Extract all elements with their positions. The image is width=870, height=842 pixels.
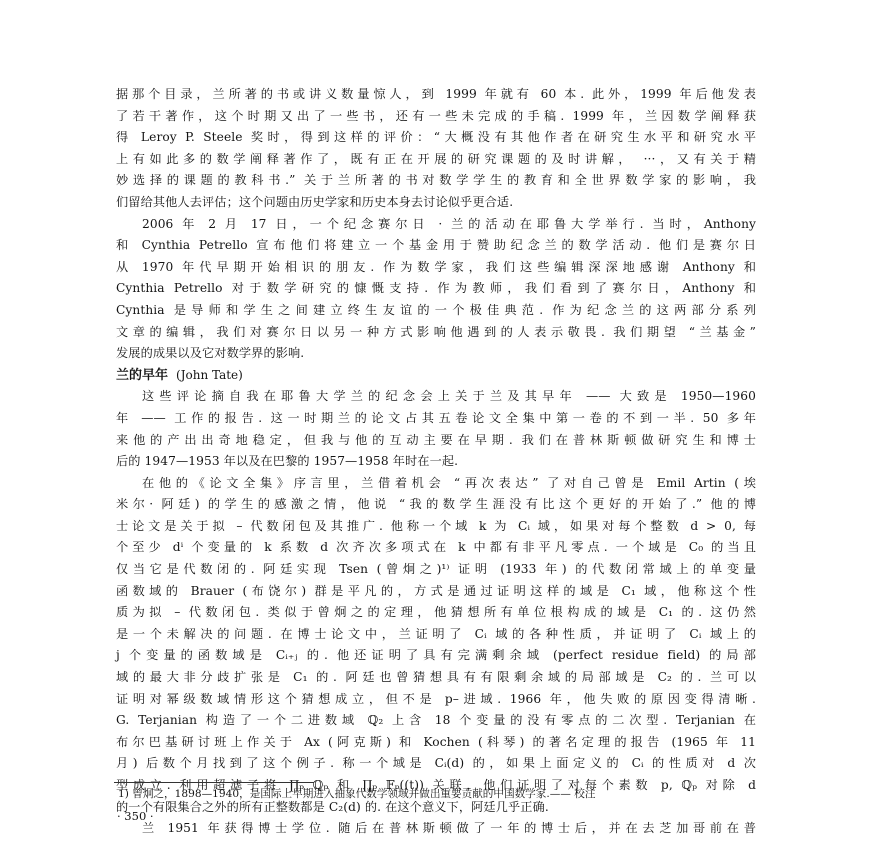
text-line: 妙选择的课题的教科书.” 关于兰所著的书对数学学生的教育和全世界数学家的影响，我 bbox=[116, 170, 756, 192]
section-heading: 兰的早年(John Tate) bbox=[116, 365, 756, 387]
text-line: 个至少 dⁱ 个变量的 k 系数 d 次齐次多项式在 k 中都有非平凡零点. 一… bbox=[116, 537, 756, 559]
text-line: 域的最大非分歧扩张是 C₁ 的. 阿廷也曾猜想具有有限剩余域的局部域是 C₂ 的… bbox=[116, 667, 756, 689]
section-title: 兰的早年 bbox=[116, 368, 168, 383]
text-line: Cynthia 是导师和学生之间建立终生友谊的一个极佳典范. 作为纪念兰的这两部… bbox=[116, 300, 756, 322]
text-line: 从 1970 年代早期开始相识的朋友. 作为数学家，我们这些编辑深深地感谢 An… bbox=[116, 257, 756, 279]
text-line: 士论文是关于拟 – 代数闭包及其推广. 他称一个域 k 为 Cᵢ 域，如果对每个… bbox=[116, 516, 756, 538]
text-line: j 个变量的函数域是 Cᵢ₊ⱼ 的. 他还证明了具有完满剩余域 (perfect… bbox=[116, 645, 756, 667]
paragraph-2: 2006 年 2 月 17 日，一个纪念赛尔日 · 兰的活动在耶鲁大学举行. 当… bbox=[116, 214, 756, 365]
text-line: 布尔巴基研讨班上作关于 Ax (阿克斯) 和 Kochen (科琴) 的著名定理… bbox=[116, 732, 756, 754]
text-line: 后的 1947—1953 年以及在巴黎的 1957—1958 年时在一起. bbox=[116, 451, 756, 473]
text-line: 和 Cynthia Petrello 宣布他们将建立一个基金用于赞助纪念兰的数学… bbox=[116, 235, 756, 257]
text-line: 这些评论摘自我在耶鲁大学兰的纪念会上关于兰及其早年 —— 大致是 1950—19… bbox=[116, 386, 756, 408]
text-line: G. Terjanian 构造了一个二进数域 ℚ₂ 上含 18 个变量的没有零点… bbox=[116, 710, 756, 732]
text-line: 文章的编辑，我们对赛尔日以另一种方式影响他遇到的人表示敬畏. 我们期望 “兰基金… bbox=[116, 322, 756, 344]
text-line: 仅当它是代数闭的. 阿廷实现 Tsen (曾炯之)¹⁾ 证明 (1933 年) … bbox=[116, 559, 756, 581]
text-line: 米尔· 阿廷) 的学生的感激之情，他说 “我的数学生涯没有比这个更好的开始了.”… bbox=[116, 494, 756, 516]
text-line: 了若干著作，这个时期又出了一些书，还有一些未完成的手稿. 1999 年，兰因数学… bbox=[116, 106, 756, 128]
text-line: 2006 年 2 月 17 日，一个纪念赛尔日 · 兰的活动在耶鲁大学举行. 当… bbox=[116, 214, 756, 236]
page-number: · 350 · bbox=[117, 808, 154, 824]
text-line: 质为拟 – 代数闭包. 类似于曾炯之的定理，他猜想所有单位根构成的域是 C₁ 的… bbox=[116, 602, 756, 624]
text-line: 证明对幂级数域情形这个猜想成立，但不是 p–进域. 1966 年，他失败的原因变… bbox=[116, 689, 756, 711]
text-line: 月) 后数个月找到了这个例子. 称一个域是 Cᵢ(d) 的，如果上面定义的 Cᵢ… bbox=[116, 753, 756, 775]
page-body: 据那个目录，兰所著的书或讲义数量惊人，到 1999 年就有 60 本. 此外，1… bbox=[116, 84, 756, 840]
text-line: 上有如此多的数学阐释著作了，既有正在开展的研究课题的及时讲解， ···，又有关于… bbox=[116, 149, 756, 171]
section-author: (John Tate) bbox=[176, 368, 243, 382]
paragraph-5: 兰 1951 年获得博士学位. 随后在普林斯顿做了一年的博士后，并在去芝加哥前在… bbox=[116, 818, 756, 840]
text-line: 兰 1951 年获得博士学位. 随后在普林斯顿做了一年的博士后，并在去芝加哥前在… bbox=[116, 818, 756, 840]
text-line: 在他的《论文全集》序言里，兰借着机会 “再次表达” 了对自己曾是 Emil Ar… bbox=[116, 473, 756, 495]
text-line: 函数域的 Brauer (布饶尔) 群是平凡的，方式是通过证明这样的域是 C₁ … bbox=[116, 581, 756, 603]
text-line: 年 —— 工作的报告. 这一时期兰的论文占其五卷论文全集中第一卷的不到一半. 5… bbox=[116, 408, 756, 430]
text-line: 来他的产出出奇地稳定，但我与他的互动主要在早期. 我们在普林斯顿做研究生和博士 bbox=[116, 430, 756, 452]
footnote: 1) 曾炯之，1898—1940，是国际上早期进入抽象代数学领域并做出重要贡献的… bbox=[118, 786, 758, 802]
text-line: 是一个未解决的问题. 在博士论文中，兰证明了 Cᵢ 域的各种性质，并证明了 Cᵢ… bbox=[116, 624, 756, 646]
text-line: 们留给其他人去评估；这个问题由历史学家和历史本身去讨论似乎更合适. bbox=[116, 192, 756, 214]
text-line: 发展的成果以及它对数学界的影响. bbox=[116, 343, 756, 365]
paragraph-1: 据那个目录，兰所著的书或讲义数量惊人，到 1999 年就有 60 本. 此外，1… bbox=[116, 84, 756, 214]
text-line: 据那个目录，兰所著的书或讲义数量惊人，到 1999 年就有 60 本. 此外，1… bbox=[116, 84, 756, 106]
text-line: Cynthia Petrello 对于数学研究的慷慨支持. 作为教师，我们看到了… bbox=[116, 278, 756, 300]
paragraph-4: 在他的《论文全集》序言里，兰借着机会 “再次表达” 了对自己曾是 Emil Ar… bbox=[116, 473, 756, 819]
paragraph-3: 这些评论摘自我在耶鲁大学兰的纪念会上关于兰及其早年 —— 大致是 1950—19… bbox=[116, 386, 756, 472]
text-line: 得 Leroy P. Steele 奖时，得到这样的评价：“大概没有其他作者在研… bbox=[116, 127, 756, 149]
footnote-rule bbox=[114, 782, 314, 783]
